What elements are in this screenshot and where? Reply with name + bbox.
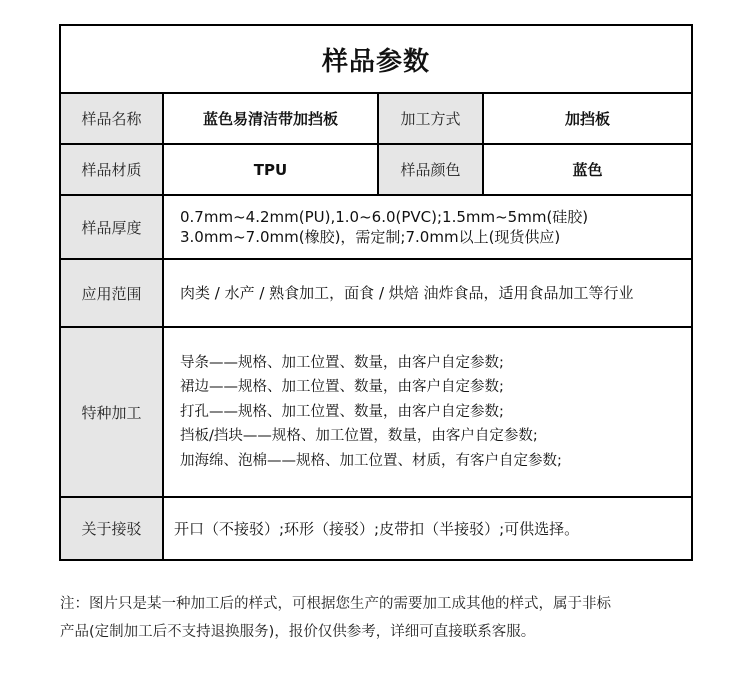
spec-table: 样品参数 样品名称 蓝色易清洁带加挡板 加工方式 加挡板 样品材质 TPU 样品… (59, 24, 693, 561)
special-line: 裙边——规格、加工位置、数量，由客户自定参数; (180, 375, 691, 400)
label-process-method: 加工方式 (378, 93, 483, 144)
special-line: 挡板/挡块——规格、加工位置，数量，由客户自定参数; (180, 424, 691, 449)
value-sample-name: 蓝色易清洁带加挡板 (163, 93, 378, 144)
table-title: 样品参数 (60, 25, 692, 93)
label-splice: 关于接驳 (60, 497, 163, 560)
value-thickness: 0.7mm~4.2mm(PU),1.0~6.0(PVC);1.5mm~5mm(硅… (163, 195, 692, 259)
value-process-method: 加挡板 (483, 93, 692, 144)
footnote-line: 产品(定制加工后不支持退换服务)，报价仅供参考，详细可直接联系客服。 (60, 618, 700, 646)
spec-sheet: 样品参数 样品名称 蓝色易清洁带加挡板 加工方式 加挡板 样品材质 TPU 样品… (59, 24, 691, 561)
label-color: 样品颜色 (378, 144, 483, 195)
table-row-thickness: 样品厚度 0.7mm~4.2mm(PU),1.0~6.0(PVC);1.5mm~… (60, 195, 692, 259)
label-material: 样品材质 (60, 144, 163, 195)
table-row-application: 应用范围 肉类 / 水产 / 熟食加工，面食 / 烘焙 油炸食品，适用食品加工等… (60, 259, 692, 327)
thickness-line: 3.0mm~7.0mm(橡胶)，需定制;7.0mm以上(现货供应) (180, 227, 691, 247)
table-row-special: 特种加工 导条——规格、加工位置、数量，由客户自定参数; 裙边——规格、加工位置… (60, 327, 692, 497)
special-line: 打孔——规格、加工位置、数量，由客户自定参数; (180, 400, 691, 425)
label-special-processing: 特种加工 (60, 327, 163, 497)
special-line: 导条——规格、加工位置、数量，由客户自定参数; (180, 351, 691, 376)
value-material: TPU (163, 144, 378, 195)
table-row-name: 样品名称 蓝色易清洁带加挡板 加工方式 加挡板 (60, 93, 692, 144)
value-splice: 开口（不接驳）;环形（接驳）;皮带扣（半接驳）;可供选择。 (163, 497, 692, 560)
value-application: 肉类 / 水产 / 熟食加工，面食 / 烘焙 油炸食品，适用食品加工等行业 (163, 259, 692, 327)
label-thickness: 样品厚度 (60, 195, 163, 259)
thickness-line: 0.7mm~4.2mm(PU),1.0~6.0(PVC);1.5mm~5mm(硅… (180, 207, 691, 227)
label-sample-name: 样品名称 (60, 93, 163, 144)
table-row-material: 样品材质 TPU 样品颜色 蓝色 (60, 144, 692, 195)
special-line: 加海绵、泡棉——规格、加工位置、材质，有客户自定参数; (180, 449, 691, 474)
label-application: 应用范围 (60, 259, 163, 327)
footnote: 注：图片只是某一种加工后的样式，可根据您生产的需要加工成其他的样式，属于非标 产… (60, 590, 700, 646)
footnote-line: 注：图片只是某一种加工后的样式，可根据您生产的需要加工成其他的样式，属于非标 (60, 590, 700, 618)
table-row-splice: 关于接驳 开口（不接驳）;环形（接驳）;皮带扣（半接驳）;可供选择。 (60, 497, 692, 560)
value-special-processing: 导条——规格、加工位置、数量，由客户自定参数; 裙边——规格、加工位置、数量，由… (163, 327, 692, 497)
value-color: 蓝色 (483, 144, 692, 195)
